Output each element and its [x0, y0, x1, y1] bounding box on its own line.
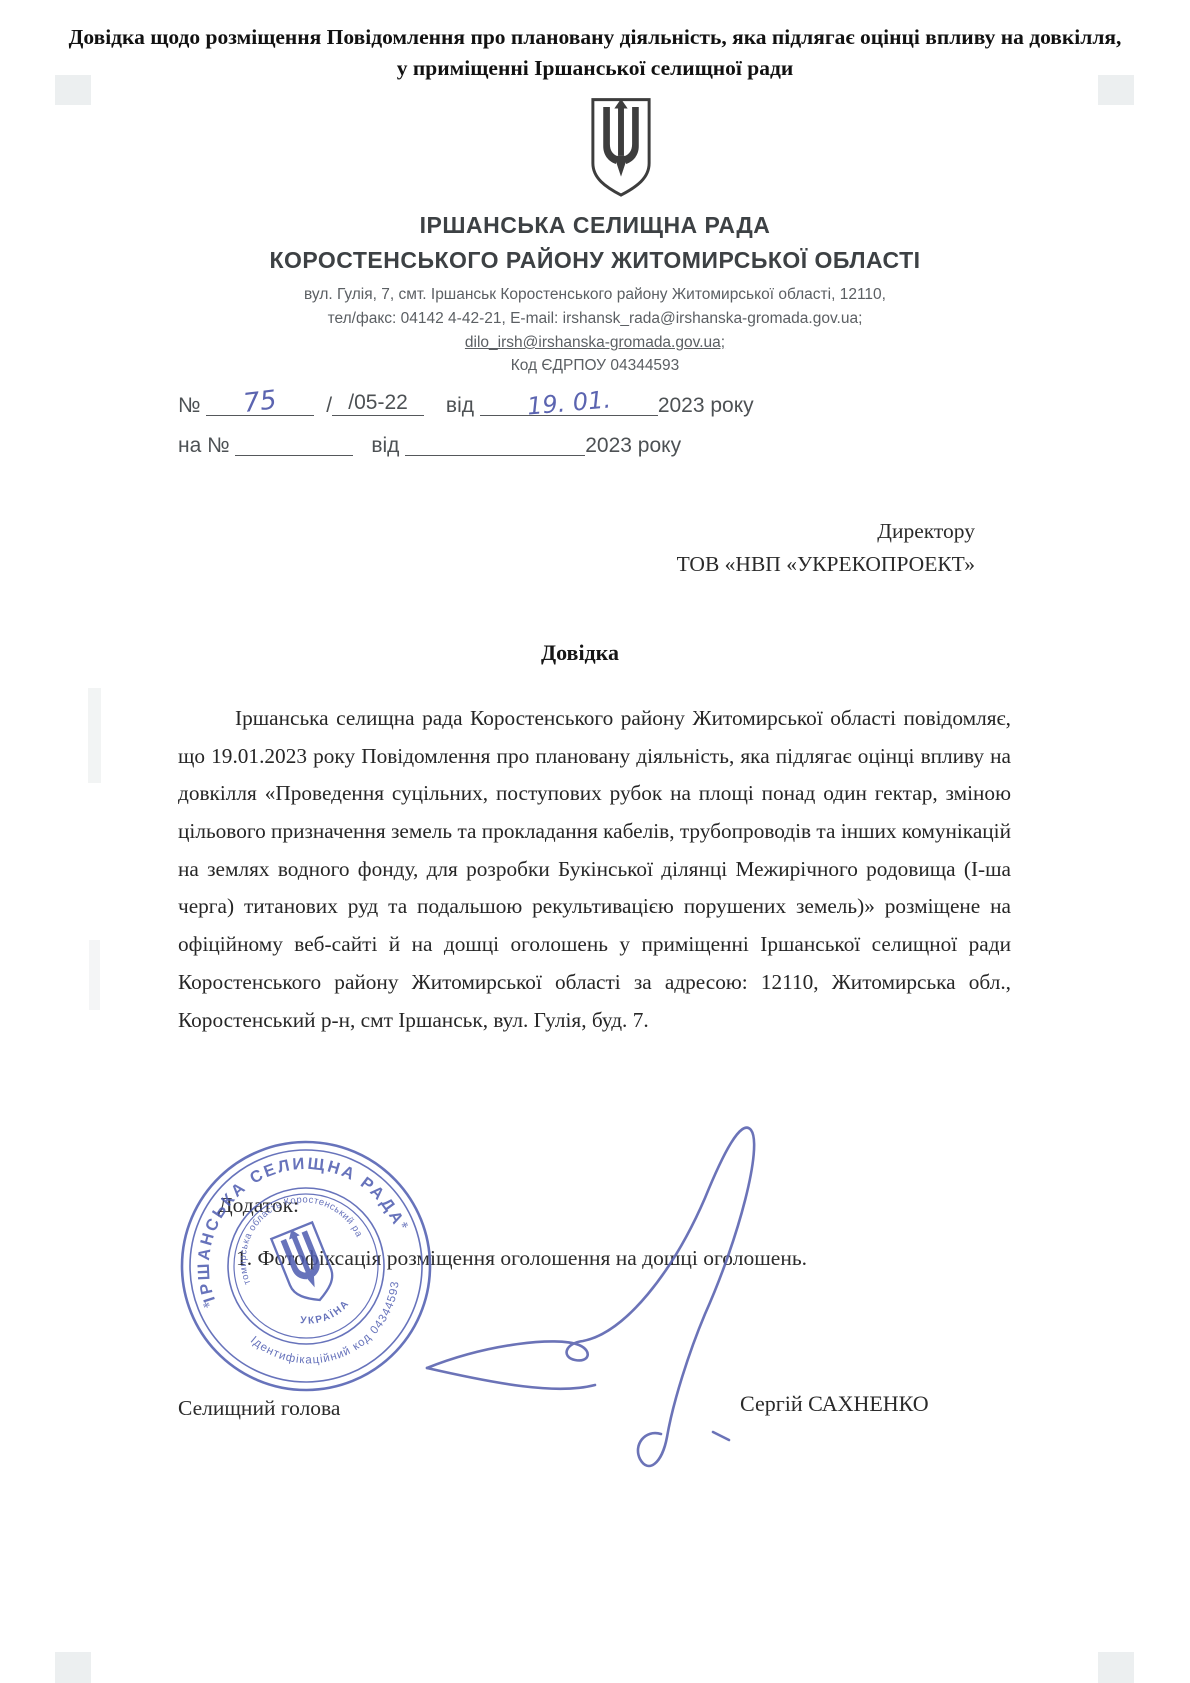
stamp-trident-icon	[271, 1222, 340, 1308]
number-index-text: /05-22	[332, 391, 424, 415]
scan-artifact	[1098, 1652, 1134, 1683]
reply-prefix: на №	[178, 434, 230, 457]
org-email-text: dilo_irsh@irshanska-gromada.gov.ua;	[465, 334, 725, 351]
scanned-document-page: Довідка щодо розміщення Повідомлення про…	[0, 0, 1190, 1683]
number-index: /05-22	[332, 393, 424, 416]
number-prefix: №	[178, 394, 201, 417]
document-body-paragraph: Іршанська селищна рада Коростенського ра…	[178, 700, 1011, 1039]
org-name-line2: КОРОСТЕНСЬКОГО РАЙОНУ ЖИТОМИРСЬКОЇ ОБЛАС…	[0, 247, 1190, 274]
reply-date-blank	[405, 433, 585, 456]
signer-position: Селищний голова	[178, 1396, 340, 1421]
addressee-company: ТОВ «НВП «УКРЕКОПРОЕКТ»	[677, 548, 975, 581]
org-email-link: dilo_irsh@irshanska-gromada.gov.ua;	[0, 334, 1190, 352]
document-outer-title-line1: Довідка щодо розміщення Повідомлення про…	[15, 22, 1175, 53]
outgoing-number-line: № 75 //05-22 від 19. 01. 2023 року	[178, 393, 754, 418]
stamp-id-code-text: Ідентифікаційний код 04344593	[246, 1276, 421, 1391]
reply-date-label: від	[371, 434, 399, 457]
org-name-line1: ІРШАНСЬКА СЕЛИЩНА РАДА	[0, 212, 1190, 239]
incoming-number-line: на № від 2023 року	[178, 433, 681, 458]
document-outer-title-line2: у приміщенні Іршанської селищної ради	[15, 53, 1175, 84]
addressee-block: Директору ТОВ «НВП «УКРЕКОПРОЕКТ»	[677, 515, 975, 582]
stamp-star-left: *	[201, 1299, 214, 1317]
handwritten-number: 75	[205, 381, 316, 424]
svg-text:УКРАЇНА: УКРАЇНА	[296, 1296, 355, 1334]
document-outer-title: Довідка щодо розміщення Повідомлення про…	[15, 22, 1175, 84]
svg-text:Ідентифікаційний код 04344593: Ідентифікаційний код 04344593	[246, 1276, 421, 1391]
reply-year-label: 2023 року	[585, 434, 681, 457]
addressee-title: Директору	[677, 515, 975, 548]
date-label: від	[446, 394, 474, 417]
document-heading: Довідка	[0, 640, 1160, 666]
reply-number-blank	[235, 433, 353, 456]
scan-artifact	[88, 688, 101, 783]
signer-name: Сергій САХНЕНКО	[740, 1391, 929, 1417]
org-edrpou-code: Код ЄДРПОУ 04344593	[0, 357, 1190, 375]
org-address-line1: вул. Гулія, 7, смт. Іршанськ Коростенськ…	[0, 286, 1190, 304]
handwritten-date: 19. 01.	[479, 381, 659, 424]
date-blank: 19. 01.	[480, 393, 658, 416]
handwritten-signature	[405, 1100, 805, 1500]
org-address-line2: тел/факс: 04142 4-42-21, E-mail: irshans…	[0, 310, 1190, 328]
scan-artifact	[89, 940, 100, 1010]
official-round-stamp: ІРШАНСЬКА СЕЛИЩНА РАДА Ідентифікаційний …	[177, 1137, 435, 1400]
ukraine-trident-emblem-icon	[584, 95, 658, 204]
year-label: 2023 року	[658, 394, 754, 417]
stamp-country-text: УКРАЇНА	[296, 1296, 355, 1334]
scan-artifact	[55, 1652, 91, 1683]
number-blank: 75	[206, 393, 314, 416]
